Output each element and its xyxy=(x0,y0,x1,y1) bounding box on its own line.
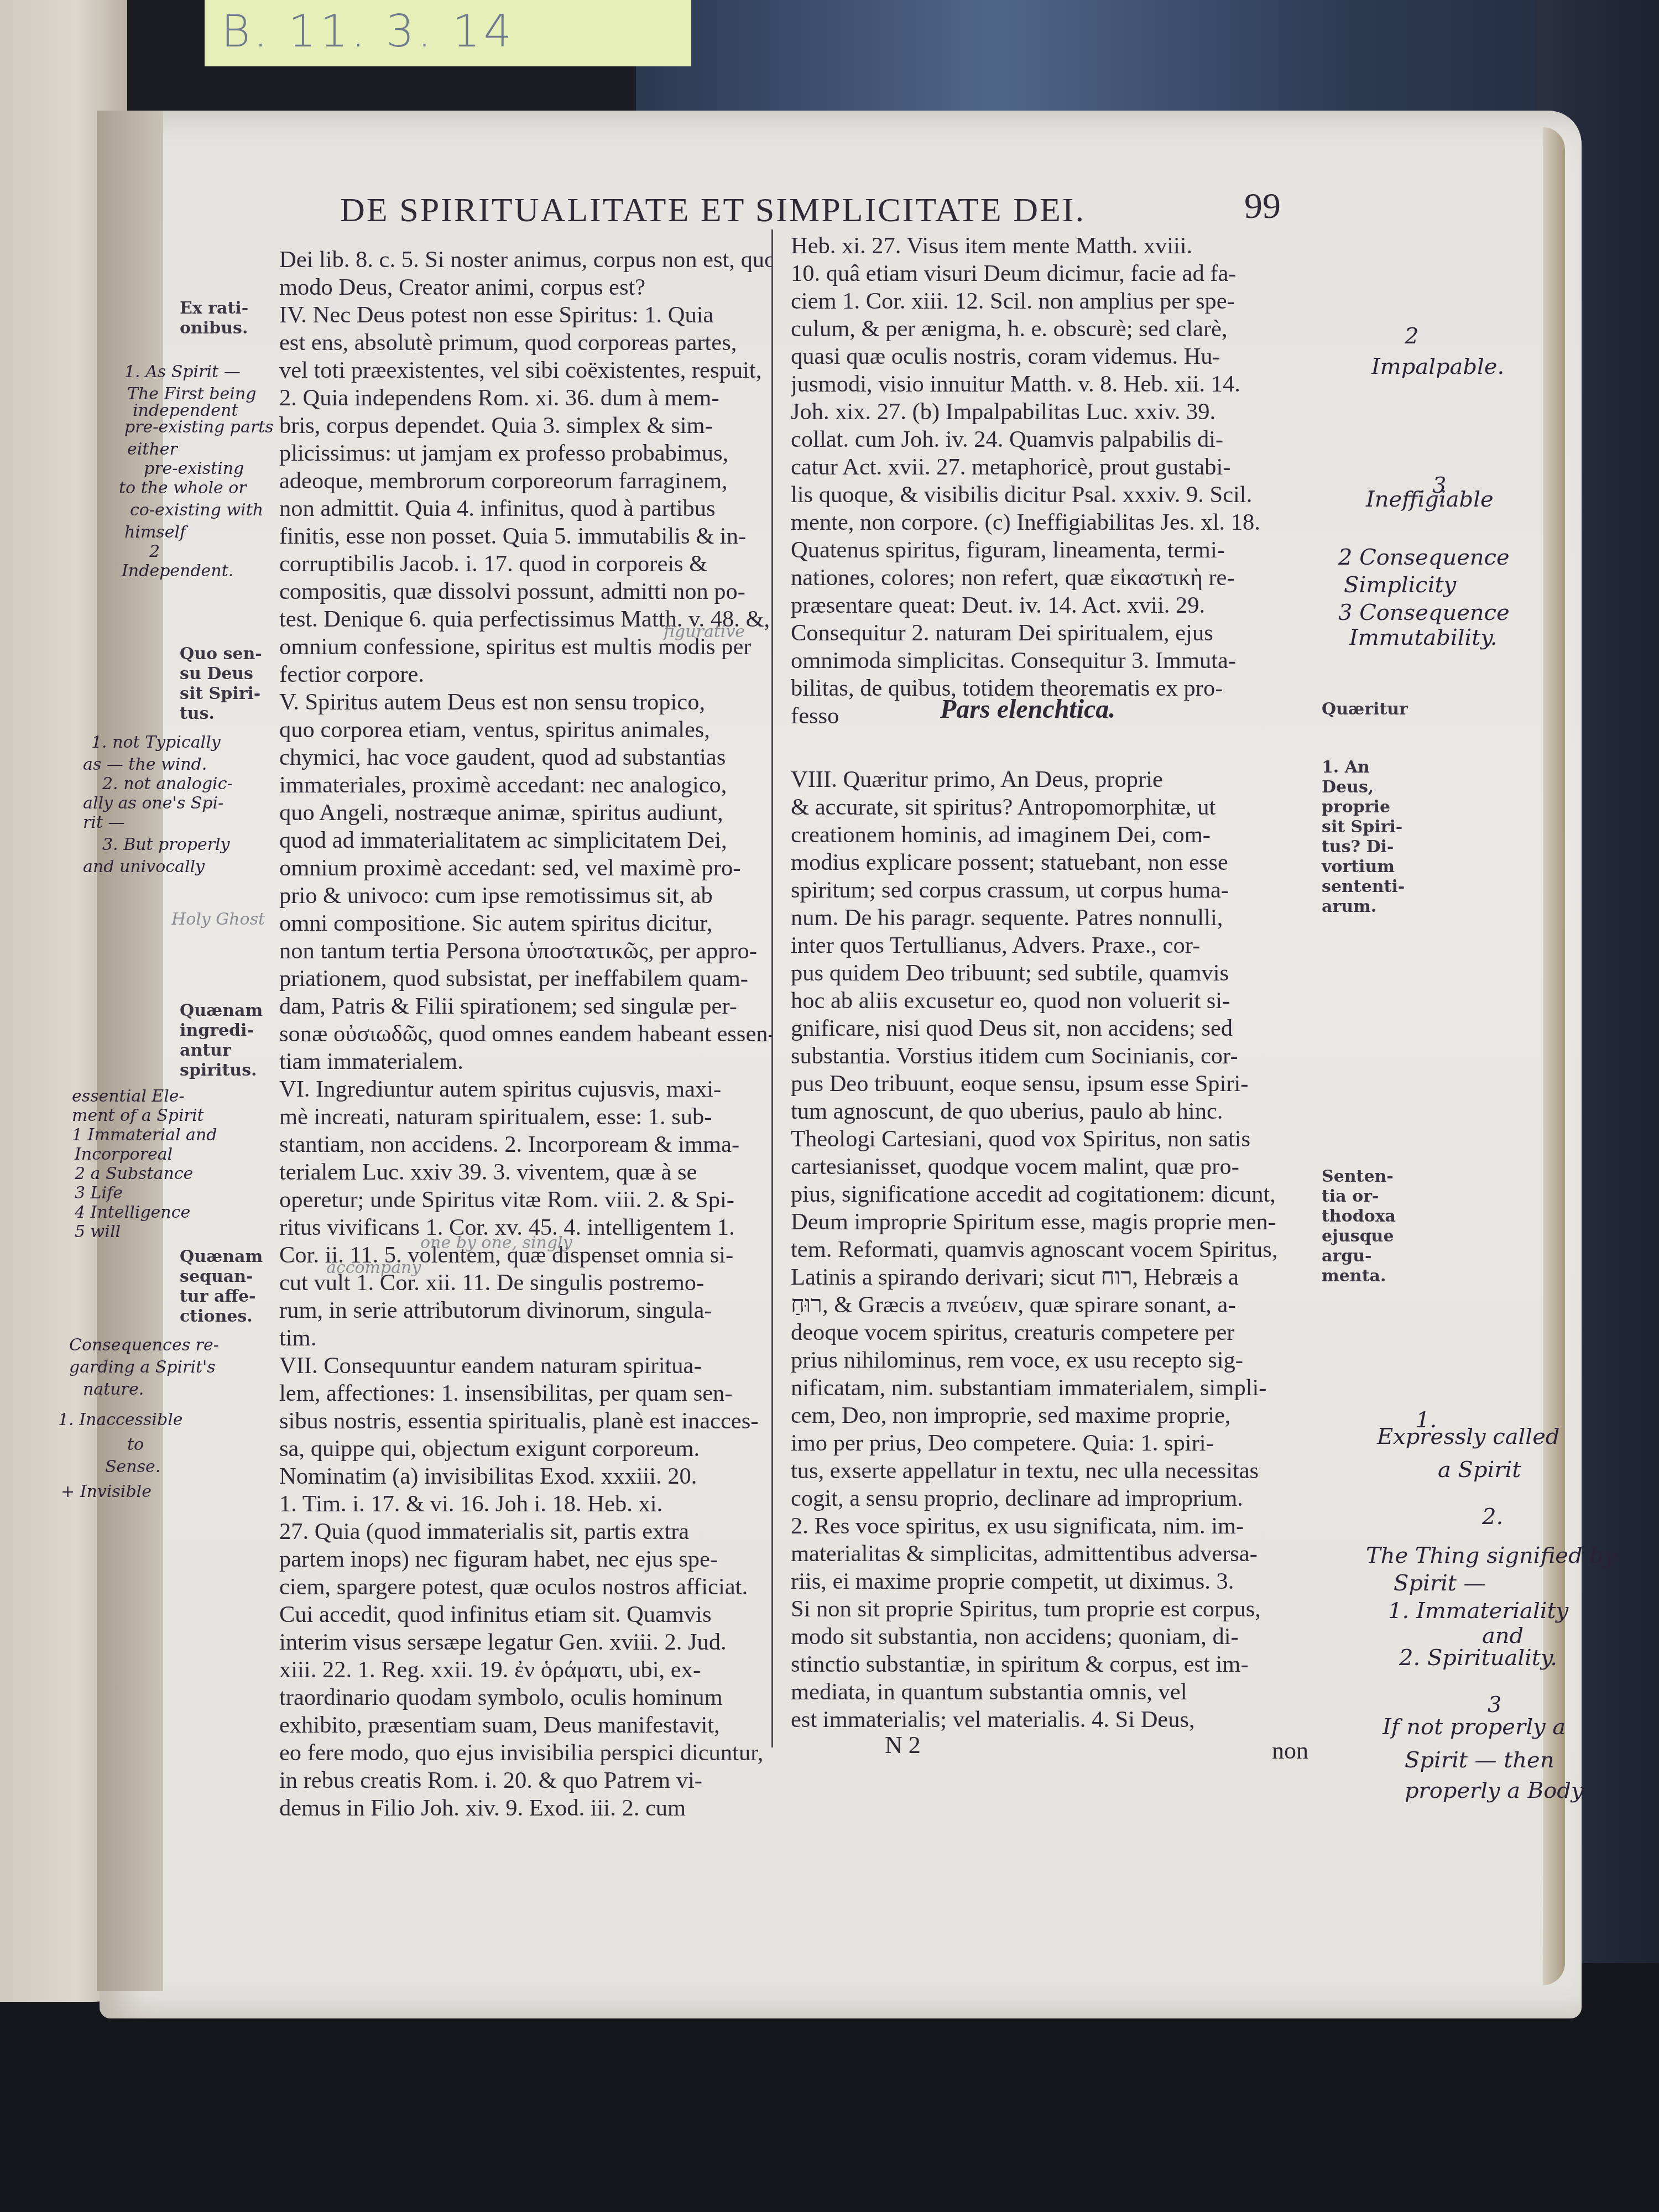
text-line: Joh. xix. 27. (b) Impalpabilitas Luc. xx… xyxy=(791,398,1305,426)
text-line: priationem, quod subsistat, per ineffabi… xyxy=(279,965,771,993)
right-column-text-top: Heb. xi. 27. Visus item mente Matth. xvi… xyxy=(791,232,1305,730)
text-line: non admittit. Quia 4. infinitus, quod à … xyxy=(279,495,771,523)
text-line: culum, & per ænigma, h. e. obscurè; sed … xyxy=(791,315,1305,343)
text-line: 2. Quia independens Rom. xi. 36. dum à m… xyxy=(279,384,771,412)
text-line: corruptibilis Jacob. i. 17. quod in corp… xyxy=(279,550,771,578)
handwritten-note-right: 2. Spirituality. xyxy=(1399,1645,1557,1671)
text-line: sibus nostris, essentia spiritualis, pla… xyxy=(279,1407,771,1435)
text-line: vel toti præexistentes, vel sibi coëxist… xyxy=(279,357,771,384)
pencil-gloss: figurative xyxy=(664,619,745,645)
text-line: prio & univoco: cum ipse remotissimus si… xyxy=(279,882,771,910)
text-line: riis, ei maxime proprie competit, ut dix… xyxy=(791,1568,1305,1595)
handwritten-note-left: Independent. xyxy=(122,559,233,584)
text-line: tum agnoscunt, de quo uberius, paulo ab … xyxy=(791,1098,1305,1125)
page-number: 99 xyxy=(1244,185,1281,227)
text-line: Theologi Cartesiani, quod vox Spiritus, … xyxy=(791,1125,1305,1153)
text-line: VI. Ingrediuntur autem spiritus cujusvis… xyxy=(279,1076,771,1103)
text-line: dam, Patris & Filii spirationem; sed sin… xyxy=(279,993,771,1020)
handwritten-note-right: Ineffigiable xyxy=(1366,487,1494,512)
pencil-gloss: one by one, singly xyxy=(420,1230,572,1256)
text-line: IV. Nec Deus potest non esse Spiritus: 1… xyxy=(279,301,771,329)
text-line: 27. Quia (quod immaterialis sit, partis … xyxy=(279,1518,771,1546)
text-line: gnificare, nisi quod Deus sit, non accid… xyxy=(791,1015,1305,1042)
text-line: exhibito, præsentiam suam, Deus manifest… xyxy=(279,1712,771,1739)
side-note-left: Quænam sequan- tur affe- ctiones. xyxy=(180,1247,263,1327)
text-line: immateriales, proximè accedant: nec anal… xyxy=(279,771,771,799)
text-line: imo per prius, Deo competere. Quia: 1. s… xyxy=(791,1430,1305,1457)
side-note-right: 1. An Deus, proprie sit Spiri- tus? Di- … xyxy=(1322,758,1405,917)
handwritten-note-right: a Spirit xyxy=(1438,1457,1521,1483)
text-line: xiii. 22. 1. Reg. xxii. 19. ἐν ὁράματι, … xyxy=(279,1656,771,1684)
text-line: eo fere modo, quo ejus invisibilia persp… xyxy=(279,1739,771,1767)
left-column-text: Dei lib. 8. c. 5. Si noster animus, corp… xyxy=(279,246,771,1822)
text-line: quasi quæ oculis nostris, coram videmus.… xyxy=(791,343,1305,371)
text-line: mediata, in quantum substantia omnis, ve… xyxy=(791,1678,1305,1706)
side-note-right: Senten- tia or- thodoxa ejusque argu- me… xyxy=(1322,1167,1396,1286)
running-head: DE SPIRITUALITATE ET SIMPLICITATE DEI. xyxy=(340,191,1086,230)
text-line: finitis, esse non posset. Quia 5. immuta… xyxy=(279,523,771,550)
text-line: deoque vocem spiritus, creaturis compete… xyxy=(791,1319,1305,1347)
handwritten-note-right: 2 xyxy=(1405,324,1418,349)
text-line: quo Angeli, nostræque animæ, spiritus au… xyxy=(279,799,771,827)
handwritten-note-left: and univocally xyxy=(83,854,205,880)
catchword: non xyxy=(1272,1736,1308,1765)
text-line: inter quos Tertullianus, Advers. Praxe.,… xyxy=(791,932,1305,959)
text-line: operetur; unde Spiritus vitæ Rom. viii. … xyxy=(279,1186,771,1214)
text-line: modo sit substantia, non accidens; quoni… xyxy=(791,1623,1305,1651)
handwritten-note-right: properly a Body xyxy=(1405,1778,1584,1803)
text-line: Consequitur 2. naturam Dei spiritualem, … xyxy=(791,619,1305,647)
text-line: catur Act. xvii. 27. metaphoricè, prout … xyxy=(791,453,1305,481)
text-line: adeoque, membrorum corporeorum farragine… xyxy=(279,467,771,495)
text-line: Deum improprie Spiritum esse, magis prop… xyxy=(791,1208,1305,1236)
text-line: tus, exserte appellatur in textu, nec ul… xyxy=(791,1457,1305,1485)
handwritten-note-right: Spirit — then xyxy=(1405,1747,1554,1773)
text-line: 1. Tim. i. 17. & vi. 16. Joh i. 18. Heb.… xyxy=(279,1490,771,1518)
handwritten-note-right: Spirit — xyxy=(1394,1571,1486,1596)
text-line: Cui accedit, quod infinitus etiam sit. Q… xyxy=(279,1601,771,1629)
text-line: rum, in serie attributorum divinorum, si… xyxy=(279,1297,771,1324)
handwritten-note-right: 2 Consequence xyxy=(1338,545,1510,570)
text-line: cem, Deo, non improprie, sed maxime prop… xyxy=(791,1402,1305,1430)
side-note-right: Quæritur xyxy=(1322,700,1408,719)
handwritten-note-right: 1. Immateriality xyxy=(1388,1598,1568,1624)
text-line: Dei lib. 8. c. 5. Si noster animus, corp… xyxy=(279,246,771,274)
text-line: omnium proximè accedant: sed, vel maximè… xyxy=(279,854,771,882)
text-line: cogit, a sensu proprio, declinare ad imp… xyxy=(791,1485,1305,1512)
page-fore-edge xyxy=(1543,127,1565,1985)
handwritten-note-left: 5 will xyxy=(75,1219,121,1245)
text-line: tim. xyxy=(279,1324,771,1352)
shelfmark-label: B. 11. 3. 14 xyxy=(205,0,691,66)
text-line: Nominatim (a) invisibilitas Exod. xxxiii… xyxy=(279,1463,771,1490)
column-rule xyxy=(771,229,773,1747)
handwritten-note-left: 1. Inaccessible xyxy=(58,1407,183,1433)
handwritten-note-right: 3 Consequence xyxy=(1338,600,1510,625)
text-line: stantiam, non accidens. 2. Incorpoream &… xyxy=(279,1131,771,1159)
side-note-left: Quænam ingredi- antur spiritus. xyxy=(180,1001,263,1081)
text-line: terialem Luc. xxiv 39. 3. viventem, quæ … xyxy=(279,1159,771,1186)
text-line: quo corporea etiam, ventus, spiritus ani… xyxy=(279,716,771,744)
text-line: num. De his paragr. sequente. Patres non… xyxy=(791,904,1305,932)
text-line: 10. quâ etiam visuri Deum dicimur, facie… xyxy=(791,260,1305,288)
text-line: bris, corpus dependet. Quia 3. simplex &… xyxy=(279,412,771,440)
text-line: creationem hominis, ad imaginem Dei, com… xyxy=(791,821,1305,849)
text-line: est ens, absolutè primum, quod corporeas… xyxy=(279,329,771,357)
text-line: traordinario quodam symbolo, oculis homi… xyxy=(279,1684,771,1712)
text-line: quod ad immaterialitatem ac simplicitate… xyxy=(279,827,771,854)
text-line: partem inops) nec figuram habet, nec eju… xyxy=(279,1546,771,1573)
text-line: Quatenus spiritus, figuram, lineamenta, … xyxy=(791,536,1305,564)
text-line: lis quoque, & visibilis dicitur Psal. xx… xyxy=(791,481,1305,509)
handwritten-note-left: Sense. xyxy=(105,1454,160,1480)
handwritten-note-left: + Invisible xyxy=(61,1479,152,1505)
text-line: spiritum; sed corpus crassum, ut corpus … xyxy=(791,877,1305,904)
side-note-left: Quo sen- su Deus sit Spiri- tus. xyxy=(180,644,262,724)
right-column-text-bottom: VIII. Quæritur primo, An Deus, proprie& … xyxy=(791,766,1305,1734)
text-line: & accurate, sit spiritus? Antropomorphit… xyxy=(791,794,1305,821)
text-line: prius nihilominus, rem voce, ex usu rece… xyxy=(791,1347,1305,1374)
text-line: ciem 1. Cor. xiii. 12. Scil. non amplius… xyxy=(791,288,1305,315)
handwritten-note-right: Expressly called xyxy=(1377,1424,1559,1449)
text-line: compositis, quæ dissolvi possunt, admitt… xyxy=(279,578,771,606)
text-line: materialitas & simplicitas, admittentibu… xyxy=(791,1540,1305,1568)
text-line: modius explicare possent; statuebant, no… xyxy=(791,849,1305,877)
text-line: demus in Filio Joh. xiv. 9. Exod. iii. 2… xyxy=(279,1794,771,1822)
text-line: VIII. Quæritur primo, An Deus, proprie xyxy=(791,766,1305,794)
text-line: 2. Res voce spiritus, ex usu significata… xyxy=(791,1512,1305,1540)
text-line: hoc ab aliis excusetur eo, quod non volu… xyxy=(791,987,1305,1015)
text-line: omni compositione. Sic autem spiritus di… xyxy=(279,910,771,937)
text-line: Latinis a spirando derivari; sicut רוח, … xyxy=(791,1264,1305,1291)
text-line: est immaterialis; vel materialis. 4. Si … xyxy=(791,1706,1305,1734)
text-line: nationes, colores; non refert, quæ εἰκασ… xyxy=(791,564,1305,592)
signature-mark: N 2 xyxy=(885,1731,921,1759)
text-line: V. Spiritus autem Deus est non sensu tro… xyxy=(279,688,771,716)
handwritten-note-right: Immutability. xyxy=(1349,625,1497,650)
text-line: præsentare queat: Deut. iv. 14. Act. xvi… xyxy=(791,592,1305,619)
text-line: nificatam, nim. substantiam immaterialem… xyxy=(791,1374,1305,1402)
handwritten-note-right: The Thing signified by xyxy=(1366,1543,1616,1568)
text-line: pus quidem Deo tribuunt; sed subtile, qu… xyxy=(791,959,1305,987)
shelfmark-text: B. 11. 3. 14 xyxy=(221,6,515,57)
text-line: sonæ οὐσιωδῶς, quod omnes eandem habeant… xyxy=(279,1020,771,1048)
handwritten-note-right: Impalpable. xyxy=(1371,354,1504,379)
text-line: jusmodi, visio innuitur Matth. v. 8. Heb… xyxy=(791,371,1305,398)
text-line: pus Deo tribuunt, eoque sensu, ipsum ess… xyxy=(791,1070,1305,1098)
text-line: רוּחַ, & Græcis a πνεύειν, quæ spirare s… xyxy=(791,1291,1305,1319)
text-line: Si non sit proprie Spiritus, tum proprie… xyxy=(791,1595,1305,1623)
text-line: plicissimus: ut jamjam ex professo proba… xyxy=(279,440,771,467)
handwritten-note-right: Simplicity xyxy=(1344,572,1456,598)
text-line: in rebus creatis Rom. i. 20. & quo Patre… xyxy=(279,1767,771,1794)
text-line: chymici, hac voce gaudent, quod ad subst… xyxy=(279,744,771,771)
text-line: modo Deus, Creator animi, corpus est? xyxy=(279,274,771,301)
text-line: non tantum tertia Persona ὑποστατικῶς, p… xyxy=(279,937,771,965)
text-line: Heb. xi. 27. Visus item mente Matth. xvi… xyxy=(791,232,1305,260)
text-line: VII. Consequuntur eandem naturam spiritu… xyxy=(279,1352,771,1380)
pencil-gloss: accompany xyxy=(326,1255,421,1281)
text-line: mè increati, naturam spiritualem, esse: … xyxy=(279,1103,771,1131)
handwritten-note-left: nature. xyxy=(83,1377,144,1402)
text-line: interim visus sersæpe legatur Gen. xviii… xyxy=(279,1629,771,1656)
text-line: pius, significatione accedit ad cogitati… xyxy=(791,1181,1305,1208)
text-line: stinctio substantiæ, in spiritum & corpu… xyxy=(791,1651,1305,1678)
text-line: mente, non corpore. (c) Ineffigiabilitas… xyxy=(791,509,1305,536)
handwritten-note-right: If not properly a xyxy=(1383,1714,1566,1740)
side-note-left: Ex rati- onibus. xyxy=(180,299,248,338)
text-line: collat. cum Joh. iv. 24. Quamvis palpabi… xyxy=(791,426,1305,453)
handwritten-note-left: Holy Ghost xyxy=(171,907,265,932)
text-line: cartesianisset, quodque vocem malint, qu… xyxy=(791,1153,1305,1181)
text-line: sa, quippe qui, objectum exigunt corpore… xyxy=(279,1435,771,1463)
text-line: lem, affectiones: 1. insensibilitas, per… xyxy=(279,1380,771,1407)
handwritten-note-right: 2. xyxy=(1482,1504,1503,1530)
text-line: tem. Reformati, quamvis agnoscant vocem … xyxy=(791,1236,1305,1264)
text-line: substantia. Vorstius itidem cum Socinian… xyxy=(791,1042,1305,1070)
text-line: fectior corpore. xyxy=(279,661,771,688)
text-line: ciem, spargere potest, quæ oculos nostro… xyxy=(279,1573,771,1601)
text-line: tiam immaterialem. xyxy=(279,1048,771,1076)
text-line: omnimoda simplicitas. Consequitur 3. Imm… xyxy=(791,647,1305,675)
section-heading-pars-elenchtica: Pars elenchtica. xyxy=(940,694,1115,724)
